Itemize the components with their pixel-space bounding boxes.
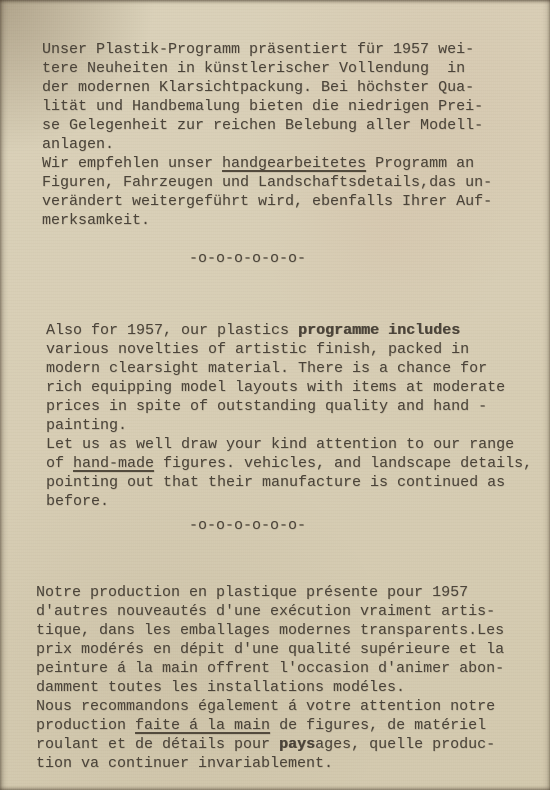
text-segment: figures. vehicles, and landscape details… bbox=[154, 455, 532, 472]
text-line: various novelties of artistic finish, pa… bbox=[46, 340, 532, 359]
text-line: prix modérés en dépit d'une qualité supé… bbox=[36, 640, 504, 659]
underlined-text: hand-made bbox=[73, 455, 154, 472]
text-line: d'autres nouveautés d'une exécution vrai… bbox=[36, 602, 504, 621]
text-line: lität und Handbemalung bieten die niedri… bbox=[42, 97, 492, 116]
text-line: der modernen Klarsichtpackung. Bei höchs… bbox=[42, 78, 492, 97]
text-segment: Let us as well draw your kind attention … bbox=[46, 436, 514, 453]
text-segment: pointing out that their manufacture is c… bbox=[46, 474, 505, 491]
text-segment: anlagen. bbox=[42, 136, 114, 153]
text-line: Also for 1957, our plastics programme in… bbox=[46, 321, 532, 340]
text-line: Notre production en plastique présente p… bbox=[36, 583, 504, 602]
text-segment: before. bbox=[46, 493, 109, 510]
scanned-document-page: Unser Plastik-Programm präsentiert für 1… bbox=[0, 0, 550, 790]
text-segment: Also for 1957, our plastics bbox=[46, 322, 298, 339]
text-line: Let us as well draw your kind attention … bbox=[46, 435, 532, 454]
text-segment: Nous recommandons également á votre atte… bbox=[36, 698, 495, 715]
paragraph-french: Notre production en plastique présente p… bbox=[36, 583, 504, 773]
text-line: peinture á la main offrent l'occasion d'… bbox=[36, 659, 504, 678]
text-line: Wir empfehlen unser handgearbeitetes Pro… bbox=[42, 154, 492, 173]
text-segment: lität und Handbemalung bieten die niedri… bbox=[42, 98, 483, 115]
text-segment: tere Neuheiten in künstlerischer Vollend… bbox=[42, 60, 465, 77]
text-segment: Programm an bbox=[366, 155, 474, 172]
text-segment: rich equipping model layouts with items … bbox=[46, 379, 505, 396]
text-segment: de figures, de matériel bbox=[270, 717, 486, 734]
text-segment: der modernen Klarsichtpackung. Bei höchs… bbox=[42, 79, 474, 96]
text-segment: damment toutes les installations modéles… bbox=[36, 679, 405, 696]
text-segment: painting. bbox=[46, 417, 127, 434]
text-segment: pays bbox=[279, 736, 315, 753]
text-segment: roulant et de détails pour bbox=[36, 736, 279, 753]
text-segment: Notre production en plastique présente p… bbox=[36, 584, 468, 601]
text-line: verändert weitergeführt wird, ebenfalls … bbox=[42, 192, 492, 211]
text-segment: Unser Plastik-Programm präsentiert für 1… bbox=[42, 41, 474, 58]
text-segment: prices in spite of outstanding quality a… bbox=[46, 398, 487, 415]
text-line: se Gelegenheit zur reichen Belebung alle… bbox=[42, 116, 492, 135]
text-segment: verändert weitergeführt wird, ebenfalls … bbox=[42, 193, 492, 210]
text-line: tion va continuer invariablement. bbox=[36, 754, 504, 773]
underlined-text: faite á la main bbox=[135, 717, 270, 734]
text-segment: tique, dans les emballages modernes tran… bbox=[36, 622, 504, 639]
text-line: rich equipping model layouts with items … bbox=[46, 378, 532, 397]
text-line: anlagen. bbox=[42, 135, 492, 154]
divider-ornament: -o-o-o-o-o-o- bbox=[189, 249, 306, 268]
text-segment: prix modérés en dépit d'une qualité supé… bbox=[36, 641, 504, 658]
text-line: tique, dans les emballages modernes tran… bbox=[36, 621, 504, 640]
text-segment: Wir empfehlen unser bbox=[42, 155, 222, 172]
text-segment: ages, quelle produc- bbox=[315, 736, 495, 753]
text-segment: programme includes bbox=[298, 322, 460, 339]
text-segment: of bbox=[46, 455, 73, 472]
text-segment: se Gelegenheit zur reichen Belebung alle… bbox=[42, 117, 483, 134]
paragraph-german: Unser Plastik-Programm präsentiert für 1… bbox=[42, 40, 492, 230]
text-line: merksamkeit. bbox=[42, 211, 492, 230]
text-line: Nous recommandons également á votre atte… bbox=[36, 697, 504, 716]
text-line: prices in spite of outstanding quality a… bbox=[46, 397, 532, 416]
text-line: of hand-made figures. vehicles, and land… bbox=[46, 454, 532, 473]
text-segment: various novelties of artistic finish, pa… bbox=[46, 341, 469, 358]
text-segment: modern clearsight material. There is a c… bbox=[46, 360, 487, 377]
text-line: before. bbox=[46, 492, 532, 511]
text-line: Figuren, Fahrzeugen und Landschaftsdetai… bbox=[42, 173, 492, 192]
text-segment: merksamkeit. bbox=[42, 212, 150, 229]
text-segment: Figuren, Fahrzeugen und Landschaftsdetai… bbox=[42, 174, 492, 191]
text-line: painting. bbox=[46, 416, 532, 435]
text-segment: d'autres nouveautés d'une exécution vrai… bbox=[36, 603, 495, 620]
text-segment: tion va continuer invariablement. bbox=[36, 755, 333, 772]
text-line: pointing out that their manufacture is c… bbox=[46, 473, 532, 492]
text-line: modern clearsight material. There is a c… bbox=[46, 359, 532, 378]
text-line: tere Neuheiten in künstlerischer Vollend… bbox=[42, 59, 492, 78]
text-line: roulant et de détails pour paysages, que… bbox=[36, 735, 504, 754]
divider-ornament: -o-o-o-o-o-o- bbox=[189, 516, 306, 535]
underlined-text: handgearbeitetes bbox=[222, 155, 366, 172]
text-segment: peinture á la main offrent l'occasion d'… bbox=[36, 660, 504, 677]
text-segment: production bbox=[36, 717, 135, 734]
text-line: damment toutes les installations modéles… bbox=[36, 678, 504, 697]
paragraph-english: Also for 1957, our plastics programme in… bbox=[46, 321, 532, 511]
text-line: Unser Plastik-Programm präsentiert für 1… bbox=[42, 40, 492, 59]
text-line: production faite á la main de figures, d… bbox=[36, 716, 504, 735]
